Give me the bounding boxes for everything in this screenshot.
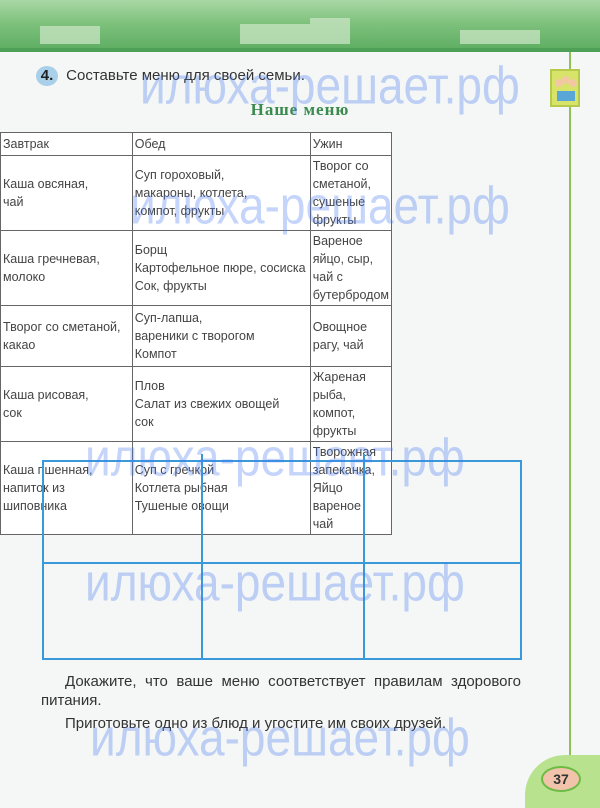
page-margin-line <box>569 52 571 762</box>
cell-lunch: Суп гороховый,макароны, котлета,компот, … <box>132 156 310 231</box>
cell-lunch: БорщКартофельное пюре, сосискаСок, фрукт… <box>132 231 310 306</box>
task-number: 4. <box>36 66 58 86</box>
table-row: Творог со сметаной,какаоСуп-лапша,варени… <box>1 306 392 367</box>
cell-dinner: Овощное рагу, чай <box>310 306 391 367</box>
cell-lunch: ПловСалат из свежих овощейсок <box>132 367 310 442</box>
cell-breakfast: Творог со сметаной,какао <box>1 306 133 367</box>
banner-divider <box>0 48 600 52</box>
blank-drawing-grid <box>42 460 522 660</box>
prompt-1: Докажите, что ваше меню соответствует пр… <box>41 672 521 710</box>
header-lunch: Обед <box>132 133 310 156</box>
cell-breakfast: Каша рисовая,сок <box>1 367 133 442</box>
header-breakfast: Завтрак <box>1 133 133 156</box>
cell-dinner: Вареное яйцо, сыр, чай с бутербродом <box>310 231 391 306</box>
cell-breakfast: Каша овсяная,чай <box>1 156 133 231</box>
header-dinner: Ужин <box>310 133 391 156</box>
task-heading: 4. Составьте меню для своей семьи. <box>36 66 305 86</box>
cell-breakfast: Каша гречневая,молоко <box>1 231 133 306</box>
table-row: Каша гречневая,молокоБорщКартофельное пю… <box>1 231 392 306</box>
prompt-2: Приготовьте одно из блюд и угостите им с… <box>41 714 521 733</box>
header-banner-illustration <box>0 0 600 50</box>
cell-dinner: Жареная рыба, компот, фрукты <box>310 367 391 442</box>
menu-title: Наше меню <box>0 100 600 120</box>
table-row: Каша овсяная,чайСуп гороховый,макароны, … <box>1 156 392 231</box>
table-row: Каша рисовая,сокПловСалат из свежих овощ… <box>1 367 392 442</box>
cell-lunch: Суп-лапша,вареники с творогомКомпот <box>132 306 310 367</box>
task-text: Составьте меню для своей семьи. <box>66 67 305 84</box>
prompt-text: Докажите, что ваше меню соответствует пр… <box>41 672 521 733</box>
cell-dinner: Творог со сметаной, сушеные фрукты <box>310 156 391 231</box>
page-number: 37 <box>541 766 581 792</box>
table-header-row: ЗавтракОбедУжин <box>1 133 392 156</box>
